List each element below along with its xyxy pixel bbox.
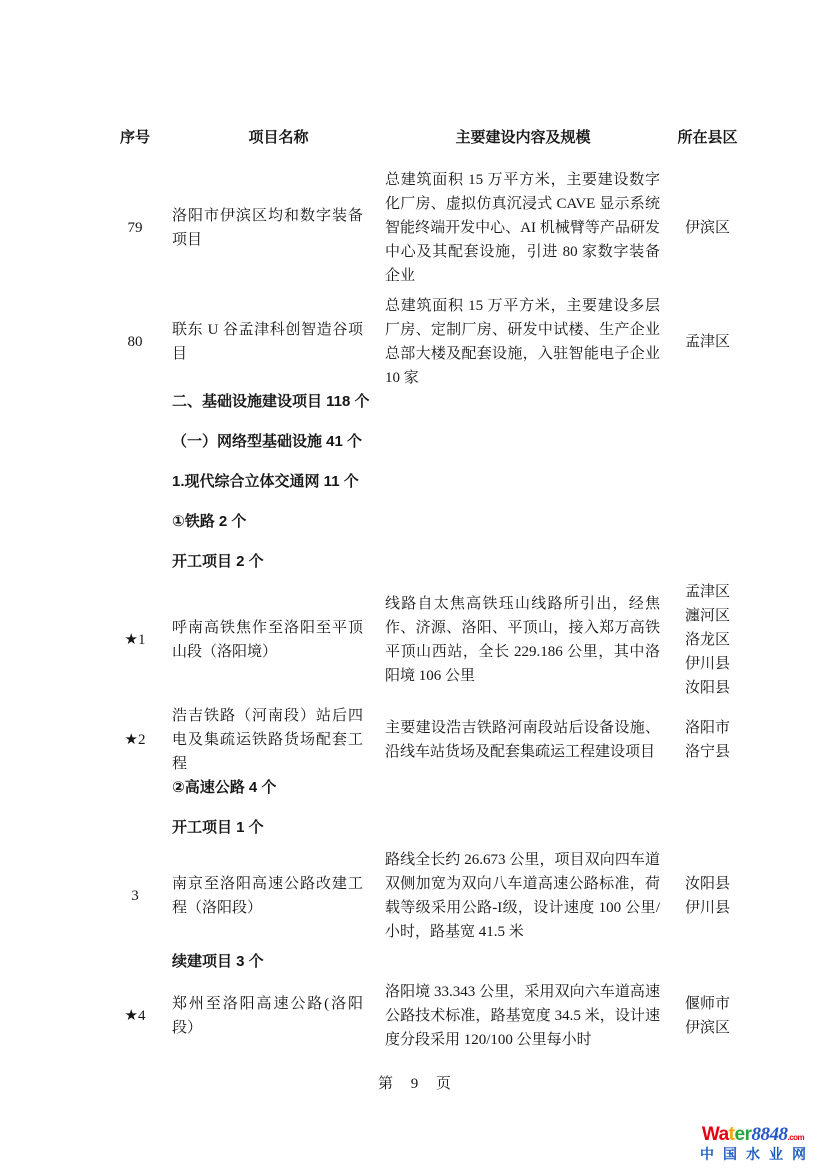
table-row: 80 联东 U 谷孟津科创智造谷项目 总建筑面积 15 万平方米，主要建设多层厂… [98, 294, 738, 390]
document-page: 序号 项目名称 主要建设内容及规模 所在县区 79 洛阳市伊滨区均和数字装备项目… [0, 0, 826, 1169]
county-line: 汝阳县 [677, 872, 738, 896]
table-row: 79 洛阳市伊滨区均和数字装备项目 总建筑面积 15 万平方米，主要建设数字化厂… [98, 168, 738, 288]
logo-tagline-chinese: 中国水业网 [687, 1147, 826, 1161]
project-county: 汝阳县 伊川县 [677, 872, 738, 920]
row-serial: ★1 [98, 628, 172, 652]
water8848-logo[interactable]: Water8848.com 中国水业网 [687, 1125, 819, 1161]
row-serial: ★4 [98, 1004, 172, 1028]
subsection-heading-highway-continue-projects: 续建项目 3 个 [172, 952, 738, 972]
column-header-county: 所在县区 [677, 128, 738, 148]
page-number: 第 9 页 [98, 1072, 738, 1096]
project-content: 总建筑面积 15 万平方米，主要建设多层厂房、定制厂房、研发中试楼、生产企业总部… [385, 294, 677, 390]
project-content: 路线全长约 26.673 公里，项目双向四车道双侧加宽为双向八车道高速公路标准，… [385, 848, 677, 944]
county-line: 洛龙区 [677, 628, 738, 652]
water8848-wordmark: Water8848.com [687, 1125, 819, 1144]
logo-letter: a [719, 1124, 729, 1145]
section-heading-infrastructure: 二、基础设施建设项目 118 个 [172, 392, 738, 412]
project-content: 线路自太焦高铁珏山线路所引出，经焦作、济源、洛阳、平顶山，接入郑万高铁平顶山西站… [385, 592, 677, 688]
subsection-heading-transport-network: 1.现代综合立体交通网 11 个 [172, 472, 738, 492]
county-line: 瀍河区 [677, 604, 738, 628]
row-serial: 80 [98, 330, 172, 354]
county-line: 伊川县 [677, 652, 738, 676]
county-line: 伊滨区 [677, 216, 738, 240]
county-line: 洛阳市 [677, 716, 738, 740]
table-row: ★4 郑州至洛阳高速公路(洛阳段） 洛阳境 33.343 公里，采用双向六车道高… [98, 980, 738, 1052]
project-content: 总建筑面积 15 万平方米，主要建设数字化厂房、虚拟仿真沉浸式 CAVE 显示系… [385, 168, 677, 288]
project-name: 浩吉铁路（河南段）站后四电及集疏运铁路货场配套工程 [172, 704, 385, 776]
project-content: 主要建设浩吉铁路河南段站后设备设施、沿线车站货场及配套集疏运工程建设项目 [385, 716, 677, 764]
project-name: 郑州至洛阳高速公路(洛阳段） [172, 992, 385, 1040]
row-serial: 79 [98, 216, 172, 240]
row-serial: 3 [98, 884, 172, 908]
county-line: 偃师市 [677, 992, 738, 1016]
county-line: 伊滨区 [677, 1016, 738, 1040]
project-county: 孟津区 瀍河区 洛龙区 伊川县 汝阳县 [677, 580, 738, 700]
table-header-row: 序号 项目名称 主要建设内容及规模 所在县区 [98, 128, 738, 148]
subsection-heading-railway-start-projects: 开工项目 2 个 [172, 552, 738, 572]
table-row: ★2 浩吉铁路（河南段）站后四电及集疏运铁路货场配套工程 主要建设浩吉铁路河南段… [98, 704, 738, 776]
county-line: 孟津区 [677, 330, 738, 354]
subsection-heading-highway-start-projects: 开工项目 1 个 [172, 818, 738, 838]
county-line: 伊川县 [677, 896, 738, 920]
row-serial: ★2 [98, 728, 172, 752]
subsection-heading-highway: ②高速公路 4 个 [172, 778, 738, 798]
project-county: 伊滨区 [677, 216, 738, 240]
subsection-heading-network-infrastructure: （一）网络型基础设施 41 个 [172, 432, 738, 452]
column-header-project-name: 项目名称 [172, 128, 385, 148]
column-header-serial: 序号 [98, 128, 172, 148]
project-county: 洛阳市 洛宁县 [677, 716, 738, 764]
project-county: 孟津区 [677, 330, 738, 354]
logo-dotcom: .com [787, 1133, 804, 1142]
logo-number: 8848 [751, 1124, 787, 1145]
project-name: 洛阳市伊滨区均和数字装备项目 [172, 204, 385, 252]
project-name: 呼南高铁焦作至洛阳至平顶山段（洛阳境） [172, 616, 385, 664]
subsection-heading-railway: ①铁路 2 个 [172, 512, 738, 532]
project-county: 偃师市 伊滨区 [677, 992, 738, 1040]
table-row: ★1 呼南高铁焦作至洛阳至平顶山段（洛阳境） 线路自太焦高铁珏山线路所引出，经焦… [98, 580, 738, 700]
table-row: 3 南京至洛阳高速公路改建工程（洛阳段） 路线全长约 26.673 公里，项目双… [98, 848, 738, 944]
project-name: 联东 U 谷孟津科创智造谷项目 [172, 318, 385, 366]
column-header-content-scale: 主要建设内容及规模 [385, 128, 677, 148]
logo-letter: e [734, 1124, 744, 1145]
logo-letter: W [702, 1124, 719, 1145]
project-list-document: 序号 项目名称 主要建设内容及规模 所在县区 79 洛阳市伊滨区均和数字装备项目… [98, 128, 738, 1096]
project-name: 南京至洛阳高速公路改建工程（洛阳段） [172, 872, 385, 920]
project-content: 洛阳境 33.343 公里，采用双向六车道高速公路技术标准，路基宽度 34.5 … [385, 980, 677, 1052]
county-line: 汝阳县 [677, 676, 738, 700]
county-line: 孟津区 [677, 580, 738, 604]
county-line: 洛宁县 [677, 740, 738, 764]
